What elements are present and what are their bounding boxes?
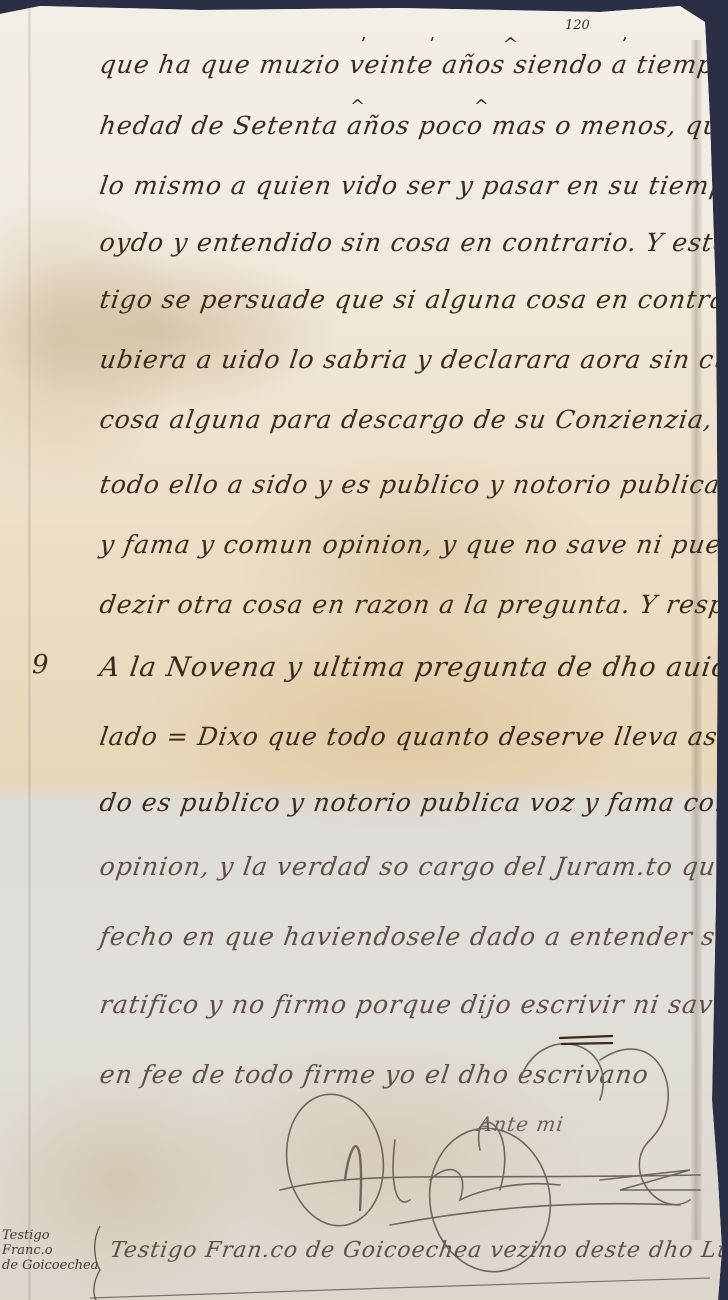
page-fold (28, 0, 31, 1300)
manuscript-line: oydo y entendido sin cosa en contrario. … (98, 228, 728, 257)
margin-note-testigo: Testigo Franc.o de Goicoechea (2, 1228, 102, 1273)
manuscript-line: ratifico y no firmo porque dijo escrivir… (98, 990, 728, 1019)
manuscript-line: dezir otra cosa en razon a la pregunta. … (98, 590, 728, 619)
manuscript-line: y fama y comun opinion, y que no save ni… (98, 530, 728, 559)
margin-note-line: de Goicoechea (2, 1258, 102, 1273)
manuscript-line: opinion, y la verdad so cargo del Juram.… (98, 852, 728, 881)
manuscript-line: lo mismo a quien vido ser y pasar en su … (98, 171, 728, 200)
manuscript-line: ubiera a uido lo sabria y declarara aora… (98, 345, 728, 374)
notary-ante-mi: Ante mi (476, 1112, 565, 1136)
page-binding-edge (690, 40, 702, 1240)
margin-note-line: Testigo (2, 1228, 102, 1243)
closing-testigo-line: Testigo Fran.co de Goicoechea vezino des… (108, 1238, 728, 1263)
folio-number: 120 (565, 18, 590, 33)
manuscript-line: hedad de Setenta años poco mas o menos, … (98, 111, 728, 140)
manuscript-line: cosa alguna para descargo de su Conzienz… (98, 405, 728, 434)
manuscript-line: que ha que muzio veinte años siendo a ti… (98, 50, 728, 79)
manuscript-line: tigo se persuade que si alguna cosa en c… (98, 285, 728, 314)
margin-article-number: 9 (32, 650, 49, 680)
margin-note-line: Franc.o (2, 1243, 102, 1258)
manuscript-page: 120 ʼ ʼ ^ ʼ que ha que muzio veinte años… (0, 0, 722, 1300)
manuscript-line: do es publico y notorio publica voz y fa… (98, 788, 728, 817)
manuscript-line: lado = Dixo que todo quanto deserve llev… (98, 722, 728, 751)
manuscript-line: fecho en que haviendosele dado a entende… (98, 922, 728, 951)
manuscript-line: todo ello a sido y es publico y notorio … (98, 470, 728, 499)
manuscript-line: A la Novena y ultima pregunta de dho aui… (98, 652, 728, 683)
manuscript-line: en fee de todo firme yo el dho escrivano (98, 1060, 651, 1089)
